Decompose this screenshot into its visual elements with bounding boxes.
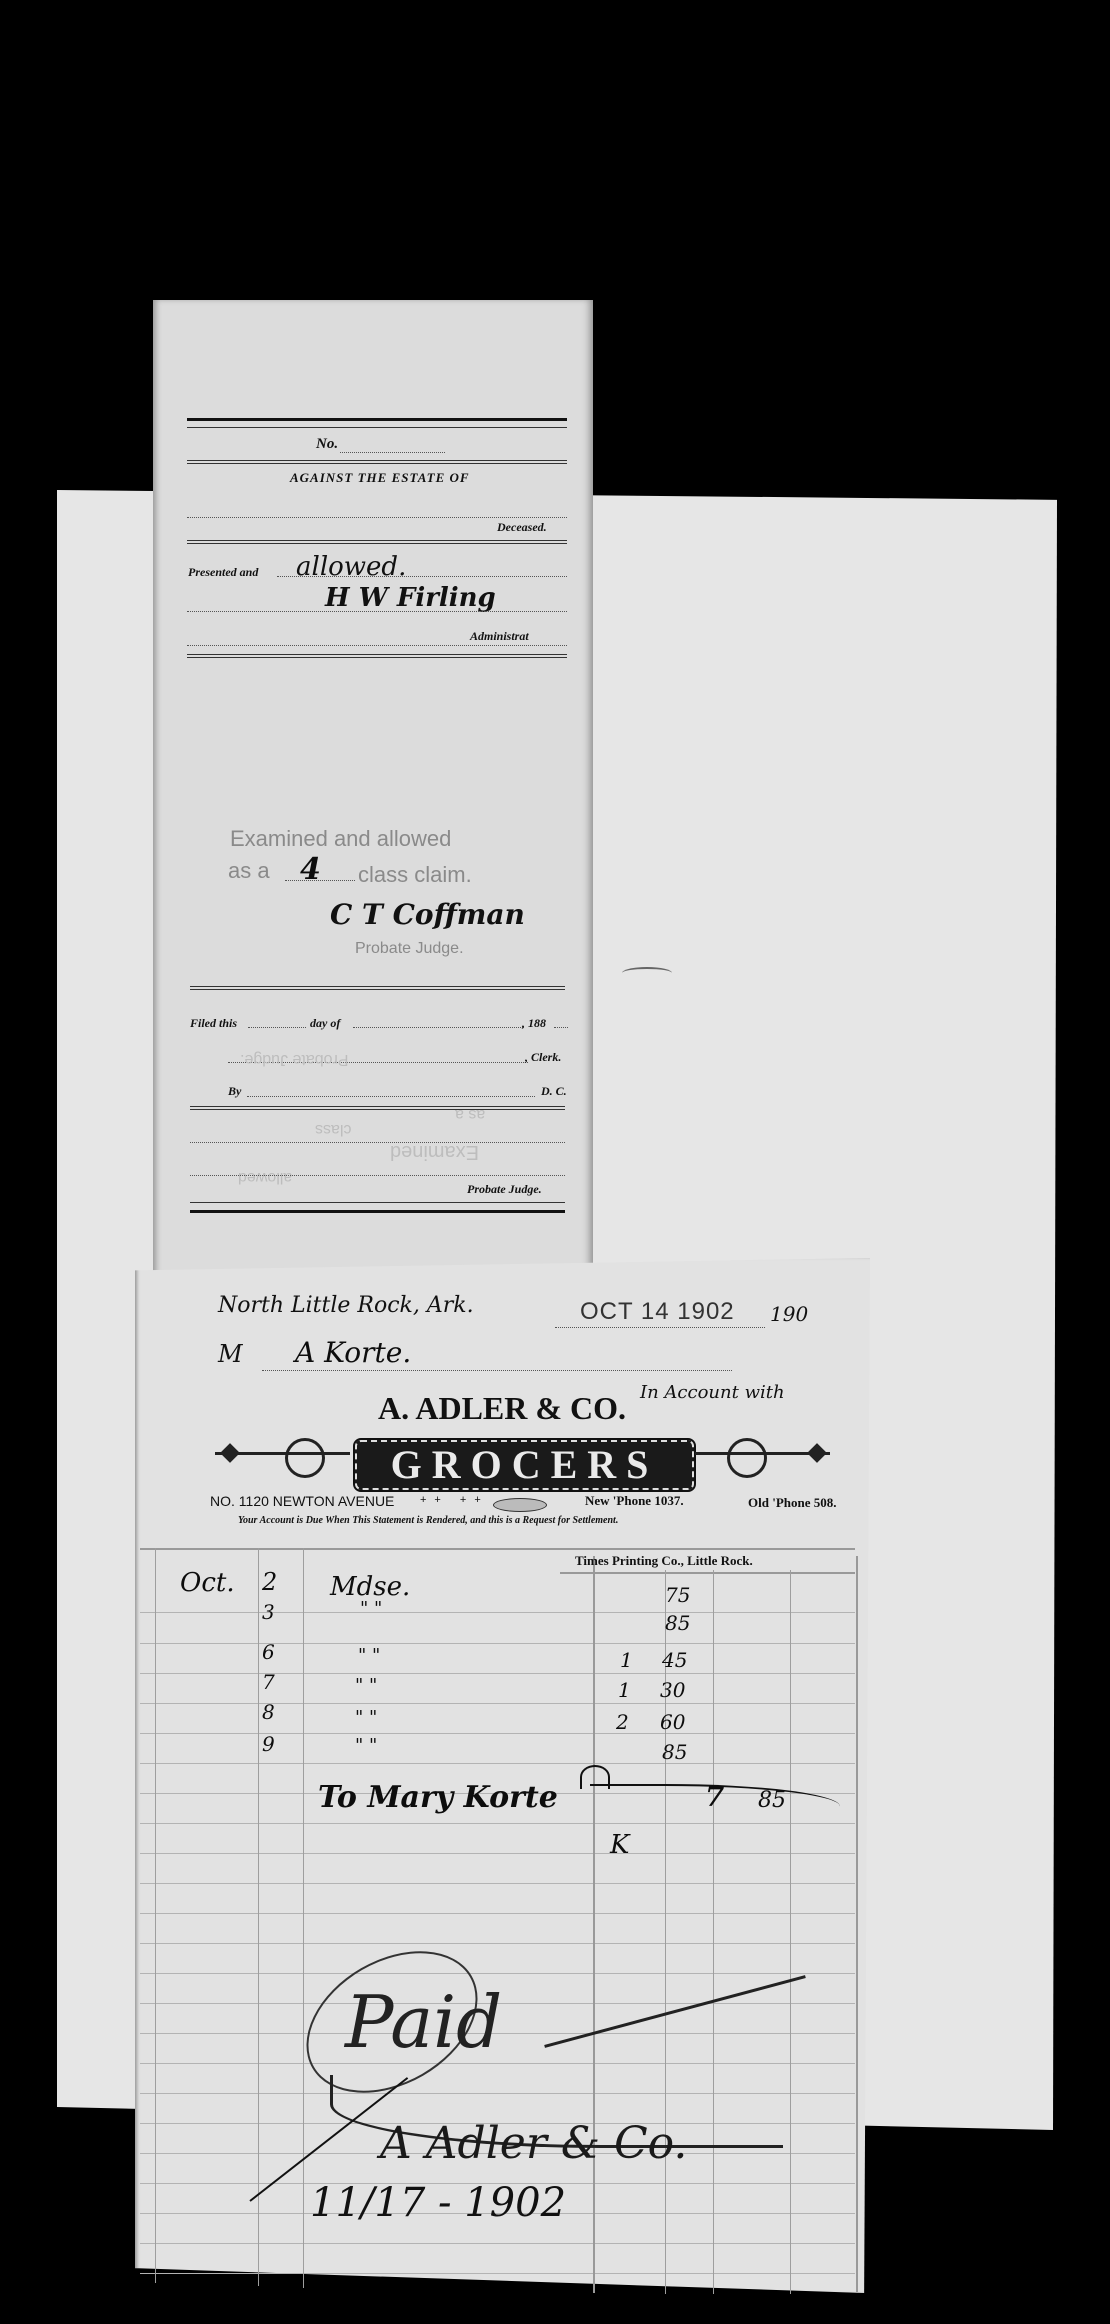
filed-day-field <box>248 1027 306 1028</box>
company-name: A. ADLER & CO. <box>378 1390 626 1427</box>
ornament-diamond-icon <box>220 1443 240 1463</box>
entry-day: 2 <box>262 1568 277 1596</box>
day-of-label: day of <box>310 1016 340 1031</box>
number-label: No. <box>316 436 338 453</box>
deceased-label: Deceased. <box>497 520 547 535</box>
class-number: 4 <box>300 852 321 887</box>
entry-cents: 85 <box>665 1611 690 1635</box>
customer-field <box>262 1370 732 1371</box>
date-field <box>555 1327 765 1328</box>
divider <box>190 989 565 990</box>
total-line: To Mary Korte <box>318 1780 558 1815</box>
entry-dollars: 1 <box>618 1678 631 1702</box>
customer-prefix: M <box>218 1340 243 1368</box>
divider <box>190 986 565 987</box>
address-ornament: ++ ++ <box>420 1494 489 1506</box>
paid-date: 11/17 - 1902 <box>310 2180 566 2226</box>
initial-k: K <box>610 1830 629 1860</box>
ornament-diamond-icon <box>807 1443 827 1463</box>
signature-field <box>187 645 567 646</box>
judge-field <box>190 1142 565 1143</box>
offset-stamp-as-a: as a <box>455 1105 485 1123</box>
payment-notice: Your Account is Due When This Statement … <box>238 1515 618 1526</box>
filed-month-field <box>353 1027 523 1028</box>
stamp-examined: Examined and allowed <box>230 826 451 852</box>
pencil-mark <box>622 967 672 979</box>
year-prefix: 190 <box>770 1302 808 1326</box>
date-stamp: OCT 14 1902 <box>580 1298 735 1326</box>
entry-cents: 45 <box>662 1648 687 1672</box>
grocers-text: GROCERS <box>357 1442 692 1488</box>
entry-item: " " <box>355 1707 377 1728</box>
stamp-class-claim: class claim. <box>358 862 472 888</box>
against-estate-label: AGAINST THE ESTATE OF <box>290 470 470 486</box>
entry-day: 7 <box>262 1670 275 1694</box>
administrator-signature: H W Firling <box>325 583 496 613</box>
divider <box>187 427 567 428</box>
grocers-banner: GROCERS <box>215 1432 830 1494</box>
divider <box>187 543 567 544</box>
entry-cents: 30 <box>660 1678 685 1702</box>
by-label: By <box>228 1084 241 1099</box>
offset-stamp-allowed: allowed <box>238 1168 292 1186</box>
divider <box>190 1109 565 1110</box>
entry-day: 6 <box>262 1640 275 1664</box>
divider <box>187 657 567 658</box>
entry-cents: 60 <box>660 1710 685 1734</box>
stamp-probate-judge: Probate Judge. <box>355 940 464 958</box>
entry-dollars: 1 <box>620 1648 633 1672</box>
deputy-field <box>247 1096 535 1097</box>
judge-field <box>190 1175 565 1176</box>
total-cents: 85 <box>758 1788 786 1813</box>
divider <box>187 460 567 461</box>
divider <box>190 1210 565 1213</box>
grocers-plate: GROCERS <box>355 1440 694 1490</box>
seal-icon <box>493 1498 547 1512</box>
entry-month: Oct. <box>180 1568 235 1598</box>
divider <box>187 654 567 655</box>
filed-label: Filed this <box>190 1016 237 1031</box>
presented-handwriting: allowed. <box>296 552 406 582</box>
entry-day: 9 <box>262 1732 275 1756</box>
offset-stamp-probate: Probate Judge. <box>240 1050 349 1068</box>
ornament-rosette-icon <box>285 1438 325 1478</box>
divider <box>187 540 567 541</box>
stamp-as-a: as a <box>228 858 270 884</box>
entry-item: " " <box>360 1598 382 1619</box>
number-field <box>340 452 445 453</box>
divider <box>190 1106 565 1107</box>
entry-cents: 75 <box>665 1583 690 1607</box>
probate-judge-label: Probate Judge. <box>467 1182 542 1197</box>
printer-credit: Times Printing Co., Little Rock. <box>575 1553 753 1569</box>
offset-stamp-class: class <box>315 1120 351 1138</box>
administrator-label: Administrat <box>470 629 529 644</box>
offset-stamp-examined: Examined <box>390 1140 479 1163</box>
divider <box>187 418 567 421</box>
year-label: , 188 <box>522 1016 546 1031</box>
customer-name: A Korte. <box>295 1336 411 1369</box>
divider <box>187 463 567 464</box>
invoice-place: North Little Rock, Ark. <box>218 1293 474 1318</box>
entry-item: " " <box>355 1735 377 1756</box>
paid-note: Paid <box>345 1980 502 2064</box>
judge-signature: C T Coffman <box>330 898 525 931</box>
estate-name-field <box>187 517 567 518</box>
divider <box>190 1202 565 1203</box>
claim-slip <box>153 300 593 1292</box>
entry-day: 3 <box>262 1600 275 1624</box>
entry-item: " " <box>358 1645 380 1666</box>
ornament-rosette-icon <box>727 1438 767 1478</box>
entry-dollars: 2 <box>616 1710 629 1734</box>
new-phone: New 'Phone 1037. <box>585 1493 684 1509</box>
old-phone: Old 'Phone 508. <box>748 1495 837 1511</box>
clerk-label: , Clerk. <box>525 1050 561 1065</box>
paid-signature: A Adler & Co. <box>380 2118 687 2169</box>
entry-item: " " <box>355 1675 377 1696</box>
store-address: NO. 1120 NEWTON AVENUE <box>210 1493 394 1509</box>
in-account-with: In Account with <box>640 1382 785 1403</box>
filed-year-field <box>554 1027 568 1028</box>
entry-day: 8 <box>262 1700 275 1724</box>
entry-cents: 85 <box>662 1740 687 1764</box>
presented-label: Presented and <box>188 565 258 580</box>
signature-field <box>187 611 567 612</box>
dc-label: D. C. <box>541 1084 567 1099</box>
total-dollars: 7 <box>705 1780 724 1813</box>
